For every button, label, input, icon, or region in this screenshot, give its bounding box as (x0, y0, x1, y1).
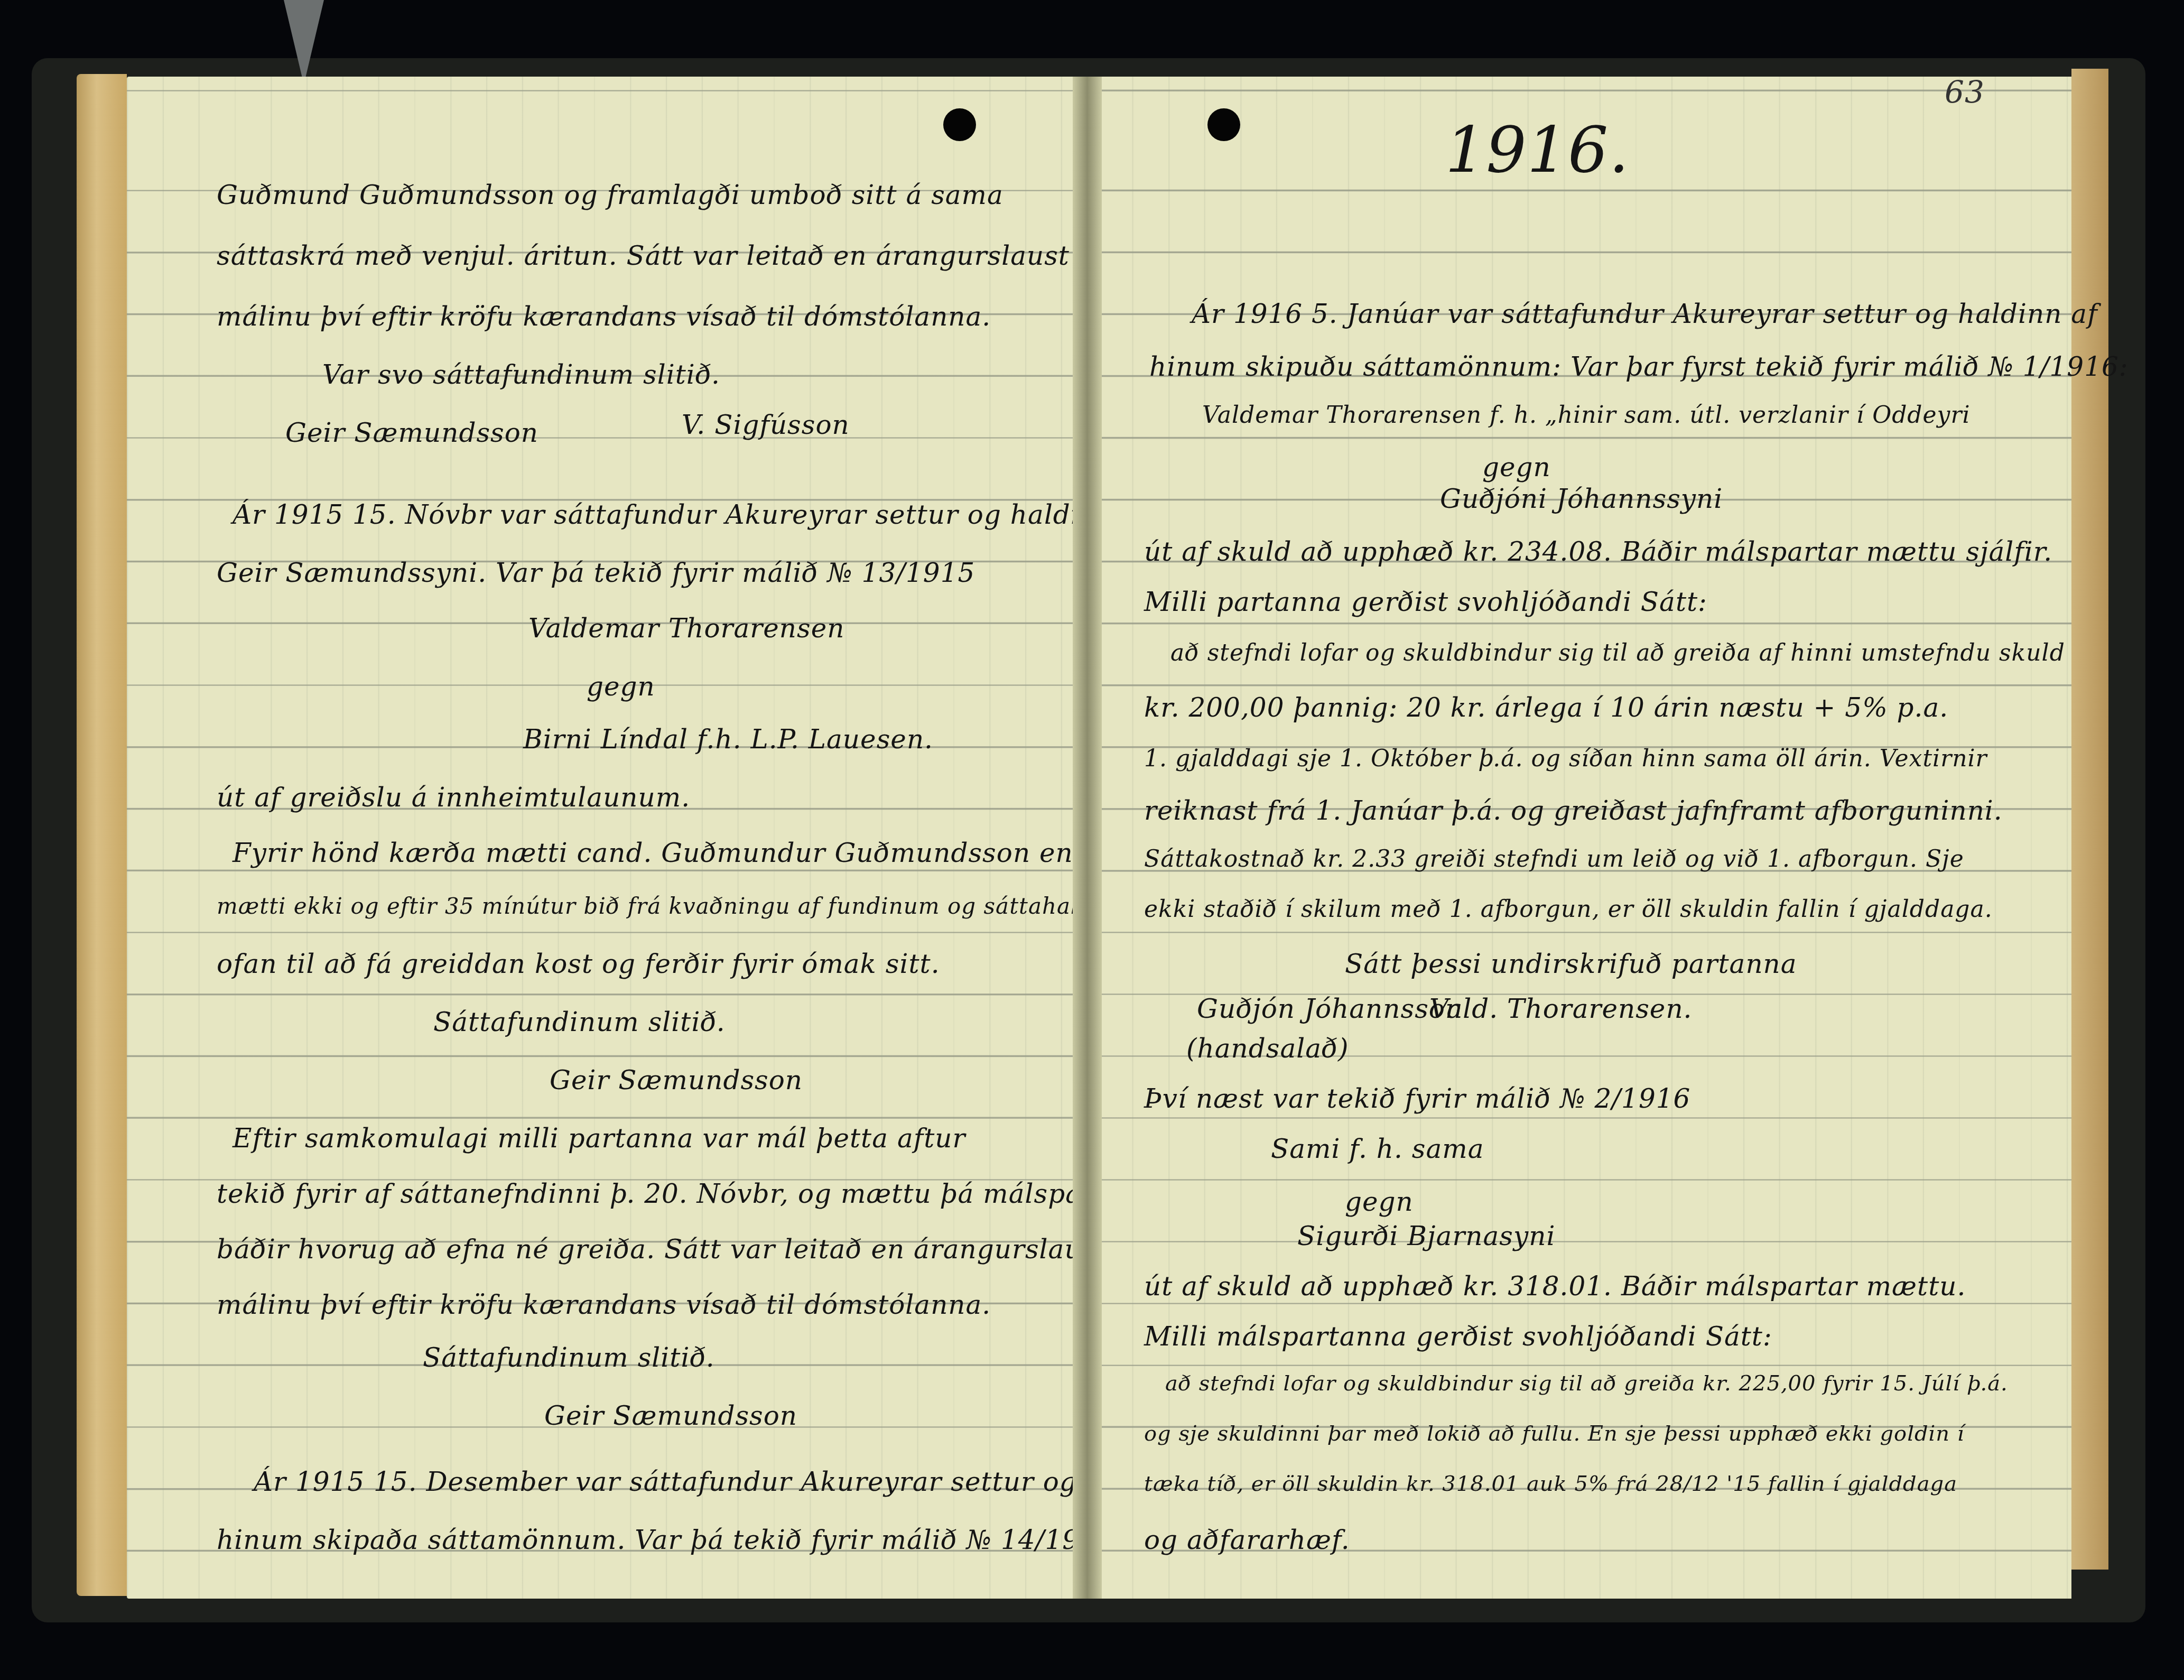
text-line: gegn (587, 671, 655, 702)
text-line: Valdemar Thorarensen (528, 613, 844, 644)
text-line: Fyrir hönd kærða mætti cand. Guðmundur G… (233, 838, 1197, 868)
text-line: Guðmund Guðmundsson og framlagði umboð s… (217, 180, 1003, 210)
text-line: Var svo sáttafundinum slitið. (322, 359, 720, 390)
text-line: Því næst var tekið fyrir málið № 2/1916 (1144, 1083, 1690, 1114)
text-line: Ár 1915 15. Nóvbr var sáttafundur Akurey… (233, 499, 1150, 530)
text-line: og aðfararhæf. (1144, 1525, 1350, 1555)
signature: Geir Sæmundsson (285, 417, 538, 448)
text-line: hinum skipuðu sáttamönnum: Var þar fyrst… (1149, 351, 2129, 382)
right-page: 63 1916. Ár 1916 5. Janúar var sáttafund… (1096, 77, 2071, 1599)
signature: Geir Sæmundsson (544, 1400, 797, 1431)
text-line: að stefndi lofar og skuldbindur sig til … (1165, 1371, 2008, 1396)
text-line: Sáttafundinum slitið. (433, 1007, 726, 1037)
text-line: og sje skuldinni þar með lokið að fullu.… (1144, 1422, 1965, 1446)
text-line: Sáttafundinum slitið. (423, 1342, 715, 1373)
text-line: Milli málspartanna gerðist svohljóðandi … (1144, 1321, 1772, 1352)
text-line: Eftir samkomulagi milli partanna var mál… (233, 1123, 965, 1154)
text-line: ekki staðið í skilum með 1. afborgun, er… (1144, 896, 1993, 923)
text-line: út af skuld að upphæð kr. 318.01. Báðir … (1144, 1271, 1966, 1302)
text-line: málinu því eftir kröfu kærandans vísað t… (217, 1289, 991, 1320)
text-line: tekið fyrir af sáttanefndinni þ. 20. Nóv… (217, 1178, 1136, 1209)
book-gutter (1073, 77, 1102, 1599)
text-line: út af greiðslu á innheimtulaunum. (217, 782, 690, 813)
text-line: báðir hvorug að efna né greiða. Sátt var… (217, 1234, 1150, 1265)
text-line: (handsalað) (1186, 1033, 1349, 1064)
text-line: mætti ekki og eftir 35 mínútur bið frá k… (217, 893, 1153, 919)
punch-hole-icon (1207, 108, 1240, 141)
signature: Geir Sæmundsson (550, 1065, 803, 1096)
page-edges-right (2071, 69, 2108, 1570)
text-line: Sigurði Bjarnasyni (1297, 1221, 1555, 1251)
text-line: gegn (1482, 452, 1551, 482)
punch-hole-icon (943, 108, 976, 141)
text-line: að stefndi lofar og skuldbindur sig til … (1170, 639, 2065, 666)
text-line: Sátt þessi undirskrifuð partanna (1345, 949, 1797, 979)
text-line: 1. gjalddagi sje 1. Október þ.á. og síða… (1144, 745, 1987, 772)
text-line: tæka tíð, er öll skuldin kr. 318.01 auk … (1144, 1472, 1957, 1496)
signature: Guðjón Jóhannsson (1197, 994, 1463, 1024)
text-line: reiknast frá 1. Janúar þ.á. og greiðast … (1144, 795, 2003, 826)
text-line: Geir Sæmundssyni. Var þá tekið fyrir mál… (217, 558, 975, 588)
text-line: sáttaskrá með venjul. áritun. Sátt var l… (217, 240, 1112, 271)
text-line: Birni Líndal f.h. L.P. Lauesen. (523, 724, 933, 755)
signature: Vald. Thorarensen. (1429, 994, 1693, 1024)
text-line: kr. 200,00 þannig: 20 kr. árlega í 10 ár… (1144, 692, 1948, 723)
text-line: gegn (1345, 1186, 1414, 1217)
left-page: Guðmund Guðmundsson og framlagði umboð s… (127, 77, 1078, 1599)
text-line: Guðjóni Jóhannssyni (1440, 484, 1723, 514)
text-line: ofan til að fá greiddan kost og ferðir f… (217, 949, 940, 979)
text-line: Ár 1916 5. Janúar var sáttafundur Akurey… (1192, 299, 2098, 329)
page-edges-left (77, 74, 127, 1596)
text-line: Sami f. h. sama (1271, 1134, 1484, 1164)
text-line: málinu því eftir kröfu kærandans vísað t… (217, 301, 991, 332)
text-line: Milli partanna gerðist svohljóðandi Sátt… (1144, 587, 1707, 617)
text-line: Sáttakostnað kr. 2.33 greiði stefndi um … (1144, 846, 1964, 873)
year-heading: 1916. (1445, 114, 1630, 187)
text-line: Valdemar Thorarensen f. h. „hinir sam. ú… (1202, 402, 1971, 429)
text-line: hinum skipaða sáttamönnum. Var þá tekið … (217, 1525, 1114, 1555)
bookmark-clip-icon (284, 0, 324, 85)
page-number: 63 (1945, 74, 1985, 110)
signature: V. Sigfússon (682, 410, 850, 440)
text-line: út af skuld að upphæð kr. 234.08. Báðir … (1144, 536, 2052, 567)
